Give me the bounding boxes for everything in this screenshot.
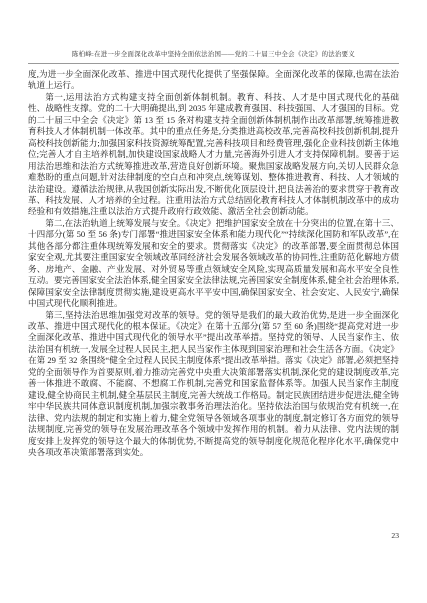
paragraph-continuation: 度,为进一步全面深化改革、推进中国式现代化提供了坚强保障。全面深化改革的保障,也… [28, 69, 399, 92]
paragraph-first-point: 第一,运用法治方式构建支持全面创新体制机制。教育、科技、人才是中国式现代化的基础… [28, 92, 399, 218]
running-header: 陈柏峰:在进一步全面深化改革中坚持全面依法治国——党的二十届三中全会《决定》的法… [28, 51, 399, 59]
page-number: 23 [28, 531, 399, 540]
paragraph-third-point: 第三,坚持法治思维加强党对改革的领导。党的领导是我们的最大政治优势,是进一步全面… [28, 310, 399, 459]
document-page: 陈柏峰:在进一步全面深化改革中坚持全面依法治国——党的二十届三中全会《决定》的法… [0, 0, 427, 603]
article-body: 度,为进一步全面深化改革、推进中国式现代化提供了坚强保障。全面深化改革的保障,也… [28, 69, 399, 458]
paragraph-second-point: 第二,在法治轨道上统筹发展与安全。《决定》把维护国家安全放在十分突出的位置,在第… [28, 218, 399, 310]
header-rule [28, 63, 399, 64]
